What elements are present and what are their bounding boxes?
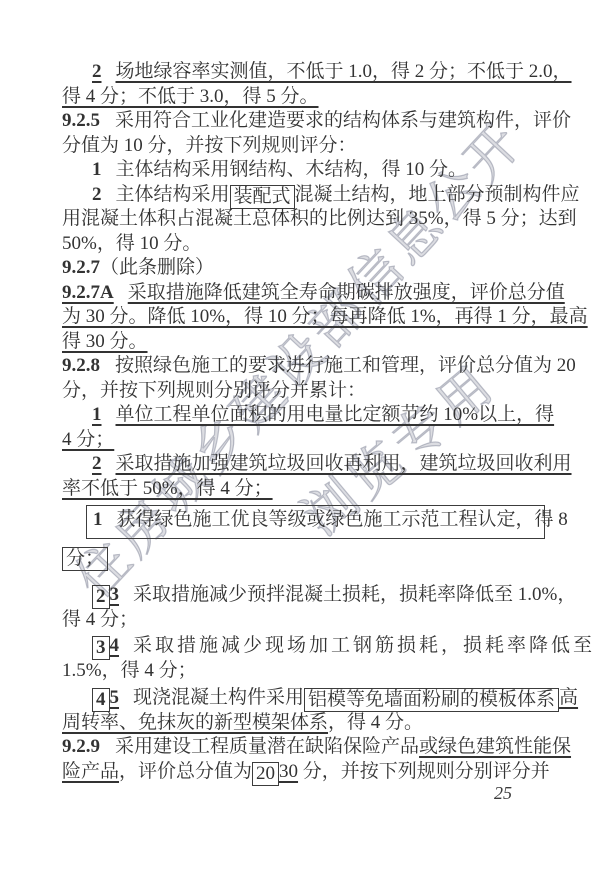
clause-number: 9.2.7 <box>62 257 100 278</box>
deleted-text-box: 铝模等免墙面粉刷的模板体系 <box>304 688 559 712</box>
text-segment: 采取措施减少预拌混凝土损耗，损耗率降低至 1.0%， <box>133 584 576 605</box>
text-segment: （此条删除） <box>100 257 214 278</box>
text-segment: 采取措施降低建筑全寿命期碳排放强度，评价总分值 <box>128 282 565 303</box>
text-segment: 单位工程单位面积的用电量比定额节约 10%以上，得 <box>116 404 555 425</box>
text-line: 用混凝土体积占混凝土总体积的比例达到 35%，得 5 分；达到 <box>62 207 540 232</box>
text-line: 2主体结构采用装配式混凝土结构，地上部分预制构件应 <box>62 183 540 208</box>
text-segment: 获得绿色施工优良等级或绿色施工示范工程认定，得 8 <box>117 509 568 530</box>
text-line: 1主体结构采用钢结构、木结构，得 10 分。 <box>62 158 540 183</box>
inserted-text: 周转率、免抹灰的新型模架体系 <box>62 712 328 733</box>
text-line: 得 30 分。 <box>62 330 540 355</box>
text-segment: 混凝土结构，地上部分预制构件应 <box>295 184 580 205</box>
text-line: 分，并按下列规则分别评分并累计： <box>62 379 540 404</box>
text-line: 9.2.8按照绿色施工的要求进行施工和管理，评价总分值为 20 <box>62 354 540 379</box>
item-number: 5 <box>110 687 120 708</box>
inserted-text: 高 <box>559 687 578 708</box>
text-line: 4 分； <box>62 428 540 453</box>
deleted-text-box: 分； <box>62 547 108 571</box>
text-line: 率不低于 50%，得 4 分； <box>62 477 540 502</box>
clause-number: 9.2.5 <box>62 110 100 131</box>
text-line: 45现浇混凝土构件采用铝模等免墙面粉刷的模板体系高 <box>62 686 540 711</box>
clause-number: 9.2.9 <box>62 736 100 757</box>
text-line: 1.5%，得 4 分； <box>62 659 540 684</box>
inserted-text: 1单位工程单位面积的用电量比定额节约 10%以上，得 <box>92 404 554 425</box>
inserted-text: 9.2.7A采取措施降低建筑全寿命期碳排放强度，评价总分值 <box>62 282 565 303</box>
item-number: 4 <box>110 635 120 656</box>
text-segment: 场地绿容率实测值，不低于 1.0，得 2 分；不低于 2.0， <box>116 61 572 82</box>
item-number: 2 <box>92 453 102 474</box>
text-segment: 按照绿色施工的要求进行施工和管理，评价总分值为 20 <box>115 355 576 376</box>
text-segment: 分，并按下列规则分别评分并 <box>298 761 550 782</box>
inserted-text: 为 30 分。降低 10%，得 10 分；每再降低 1%，再得 1 分，最高 <box>62 306 588 327</box>
deleted-text-box: 装配式 <box>230 185 295 209</box>
text-segment: 主体结构采用钢结构、木结构，得 10 分。 <box>116 159 468 180</box>
text-segment: 采取措施减少现场加工钢筋损耗，损耗率降低至 <box>133 635 595 656</box>
text-line: 得 4 分； <box>62 608 540 633</box>
inserted-text: 得 4 分；不低于 3.0，得 5 分。 <box>62 86 319 107</box>
item-number: 2 <box>92 184 102 205</box>
deleted-item-number: 2 <box>92 585 110 609</box>
text-line: 周转率、免抹灰的新型模架体系，得 4 分。 <box>62 711 540 736</box>
text-segment: 50%，得 10 分。 <box>62 233 201 254</box>
inserted-text: 险产品 <box>62 761 119 782</box>
text-line: 1单位工程单位面积的用电量比定额节约 10%以上，得 <box>62 403 540 428</box>
text-segment: 现浇混凝土构件采用 <box>133 687 304 708</box>
text-line: 9.2.5采用符合工业化建造要求的结构体系与建筑构件，评价 <box>62 109 540 134</box>
text-segment: 主体结构采用 <box>116 184 230 205</box>
text-line: 2采取措施加强建筑垃圾回收再利用，建筑垃圾回收利用 <box>62 452 540 477</box>
text-segment: 用混凝土体积占混凝土总体积的比例达到 35%，得 5 分；达到 <box>62 208 577 229</box>
inserted-text: 或绿色建筑性能保 <box>419 736 571 757</box>
inserted-text: 30 <box>279 761 298 782</box>
page-number: 25 <box>494 783 512 804</box>
item-number: 2 <box>92 61 102 82</box>
document-body: 2场地绿容率实测值，不低于 1.0，得 2 分；不低于 2.0， 得 4 分；不… <box>62 60 540 784</box>
text-line: 分； <box>62 545 540 575</box>
text-segment: 1.5%，得 4 分； <box>62 660 197 681</box>
inserted-text: 2场地绿容率实测值，不低于 1.0，得 2 分；不低于 2.0， <box>92 61 572 82</box>
text-segment: 得 4 分； <box>62 609 138 630</box>
text-line: 9.2.7A采取措施降低建筑全寿命期碳排放强度，评价总分值 <box>62 281 540 306</box>
text-segment: 分值为 10 分，并按下列规则评分： <box>62 135 357 156</box>
clause-number: 9.2.7A <box>62 282 114 303</box>
inserted-text: 4 分； <box>62 429 114 450</box>
text-line: 9.2.7（此条删除） <box>62 256 540 281</box>
deleted-clause-box: 1获得绿色施工优良等级或绿色施工示范工程认定，得 8 <box>86 505 545 539</box>
text-line: 2场地绿容率实测值，不低于 1.0，得 2 分；不低于 2.0， <box>62 60 540 85</box>
text-line: 分值为 10 分，并按下列规则评分： <box>62 134 540 159</box>
document-page: 住房城乡建设部信息公开 浏览专用 2场地绿容率实测值，不低于 1.0，得 2 分… <box>0 0 600 869</box>
inserted-text: 得 30 分。 <box>62 331 148 352</box>
text-segment: ，评价总分值为 <box>119 761 252 782</box>
text-line: 得 4 分；不低于 3.0，得 5 分。 <box>62 85 540 110</box>
item-number: 1 <box>92 159 102 180</box>
inserted-text: 2采取措施加强建筑垃圾回收再利用，建筑垃圾回收利用 <box>92 453 572 474</box>
deleted-item-number: 4 <box>92 688 110 712</box>
text-line: 50%，得 10 分。 <box>62 232 540 257</box>
text-segment: 采用符合工业化建造要求的结构体系与建筑构件，评价 <box>115 110 571 131</box>
deleted-item-number: 3 <box>92 636 110 660</box>
text-line: 险产品，评价总分值为2030 分，并按下列规则分别评分并 <box>62 760 540 785</box>
clause-number: 9.2.8 <box>62 355 100 376</box>
text-segment: 分，并按下列规则分别评分并累计： <box>62 380 366 401</box>
inserted-text: 率不低于 50%，得 4 分； <box>62 478 273 499</box>
text-segment: 采取措施加强建筑垃圾回收再利用，建筑垃圾回收利用 <box>116 453 572 474</box>
deleted-text-box: 20 <box>252 762 279 786</box>
text-line: 为 30 分。降低 10%，得 10 分；每再降低 1%，再得 1 分，最高 <box>62 305 540 330</box>
text-line: 23采取措施减少预拌混凝土损耗，损耗率降低至 1.0%， <box>62 583 540 608</box>
item-number: 1 <box>92 404 102 425</box>
text-segment: ，得 4 分。 <box>328 712 423 733</box>
text-segment: 采用建设工程质量潜在缺陷保险产品 <box>115 736 419 757</box>
item-number: 3 <box>110 584 120 605</box>
item-number: 1 <box>93 509 103 530</box>
text-line: 34采取措施减少现场加工钢筋损耗，损耗率降低至 <box>62 634 540 659</box>
text-line: 9.2.9采用建设工程质量潜在缺陷保险产品或绿色建筑性能保 <box>62 735 540 760</box>
